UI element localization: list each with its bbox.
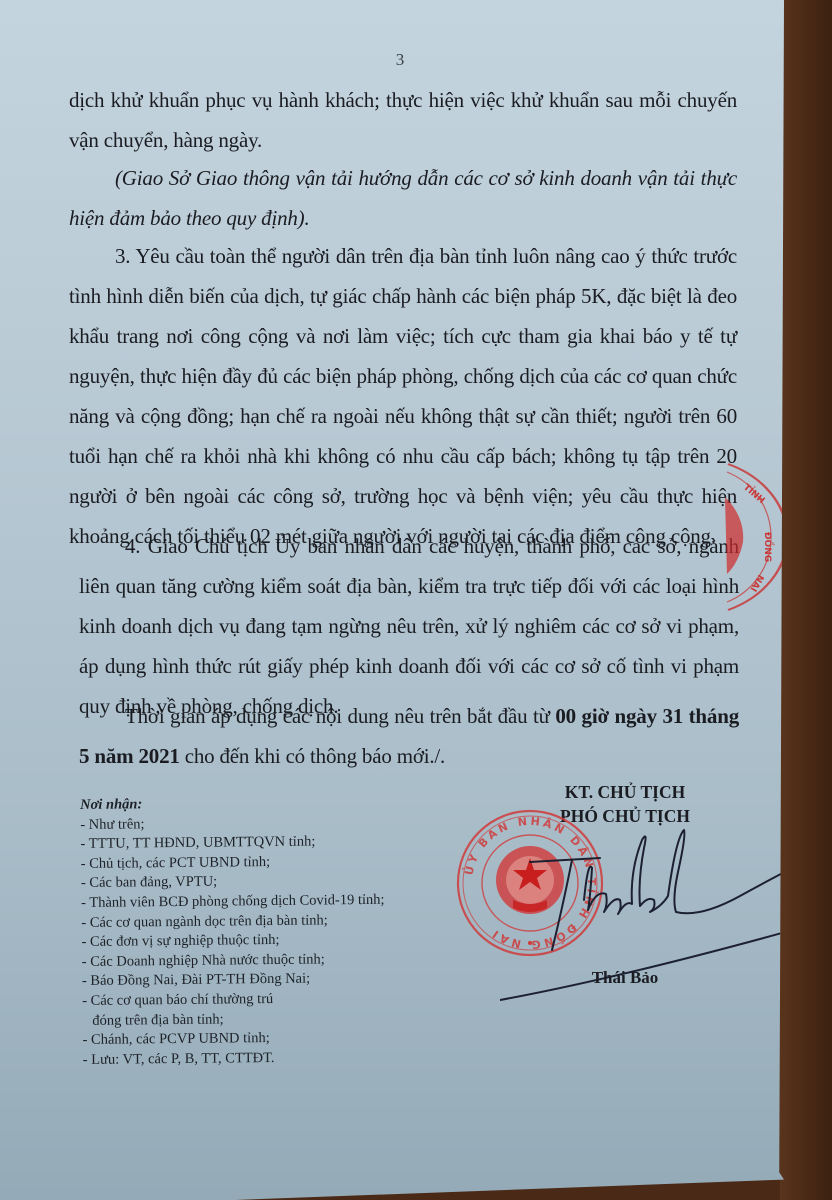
effective-suffix: cho đến khi có thông báo mới./. <box>180 744 445 768</box>
document-page: 3 dịch khử khuẩn phục vụ hành khách; thự… <box>0 0 784 1200</box>
effective-prefix: Thời gian áp dụng các nội dung nêu trên … <box>125 704 555 728</box>
assignment-note: (Giao Sở Giao thông vận tải hướng dẫn cá… <box>69 158 737 238</box>
page-number: 3 <box>0 50 800 70</box>
effective-date-paragraph: Thời gian áp dụng các nội dung nêu trên … <box>79 696 739 776</box>
wooden-table-background <box>780 0 832 1200</box>
signer-name: Thái Bảo <box>500 968 750 988</box>
recipient-item: - Lưu: VT, các P, B, TT, CTTĐT. <box>83 1047 463 1071</box>
svg-text:ĐỒNG: ĐỒNG <box>762 532 775 562</box>
margin-seal-icon: TỈNH ĐỒNG NAI <box>725 462 785 612</box>
item-3-paragraph: 3. Yêu cầu toàn thể người dân trên địa b… <box>69 236 737 556</box>
recipients-list: Nơi nhận: - Như trên; - TTTU, TT HĐND, U… <box>80 792 463 1070</box>
continuation-paragraph: dịch khử khuẩn phục vụ hành khách; thực … <box>69 80 737 160</box>
